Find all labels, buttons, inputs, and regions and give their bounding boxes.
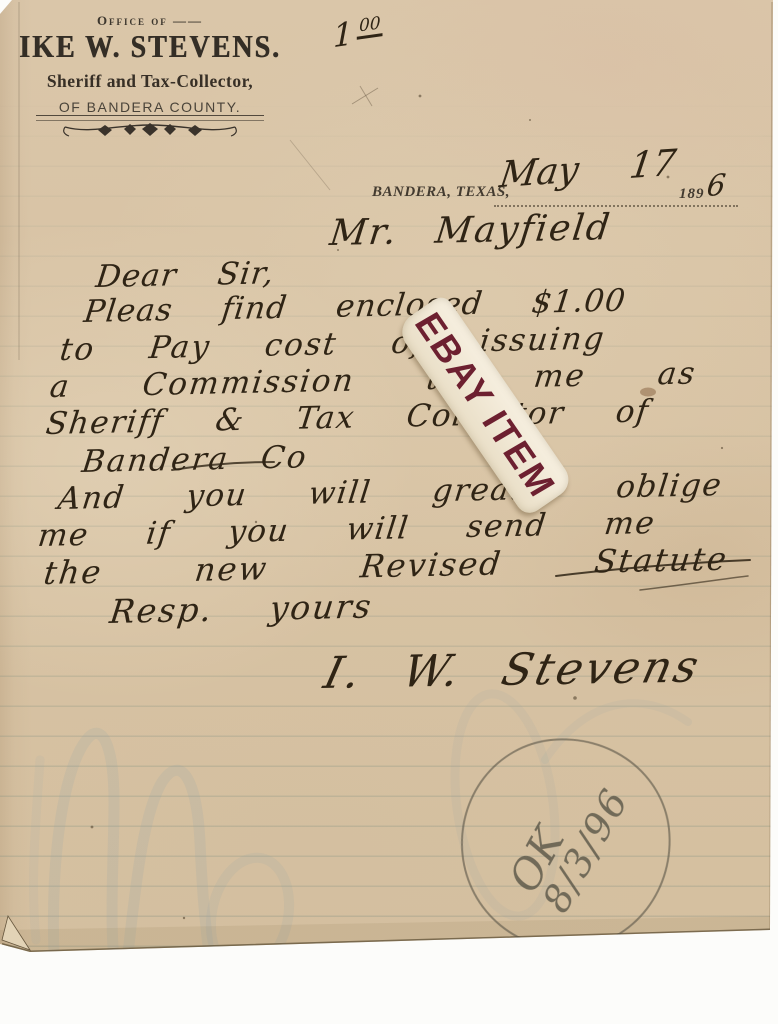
- price-whole: 1: [333, 14, 353, 55]
- printed-year: 189: [679, 186, 705, 203]
- letterhead-name: IKE W. STEVENS.: [8, 30, 292, 66]
- dateline-dotted-rule: [494, 205, 738, 207]
- dateline-place: BANDERA, TEXAS,: [372, 184, 510, 201]
- letterhead-office-of: Office of ——: [30, 13, 270, 29]
- letterhead-title: Sheriff and Tax-Collector,: [8, 71, 292, 92]
- flourish-ornament: [60, 119, 240, 139]
- paper-sheet: Office of —— IKE W. STEVENS. Sheriff and…: [0, 0, 778, 1024]
- right-edge: [770, 2, 772, 929]
- letter-addressee: Mr. Mayfield: [328, 210, 613, 252]
- letter-line: Bandera Co: [80, 442, 309, 478]
- letter-closing: Resp. yours: [108, 590, 375, 628]
- letter-salutation: Dear Sir,: [94, 258, 276, 293]
- stamp-text: OK 8/3/96: [498, 763, 633, 924]
- letterhead-county: OF BANDERA COUNTY.: [8, 99, 292, 115]
- handwritten-year-digit: 6: [705, 170, 727, 201]
- scanned-letter: Office of —— IKE W. STEVENS. Sheriff and…: [0, 0, 778, 1024]
- letter-signature: I. W. Stevens: [320, 645, 705, 696]
- price-cents: 00: [357, 13, 382, 40]
